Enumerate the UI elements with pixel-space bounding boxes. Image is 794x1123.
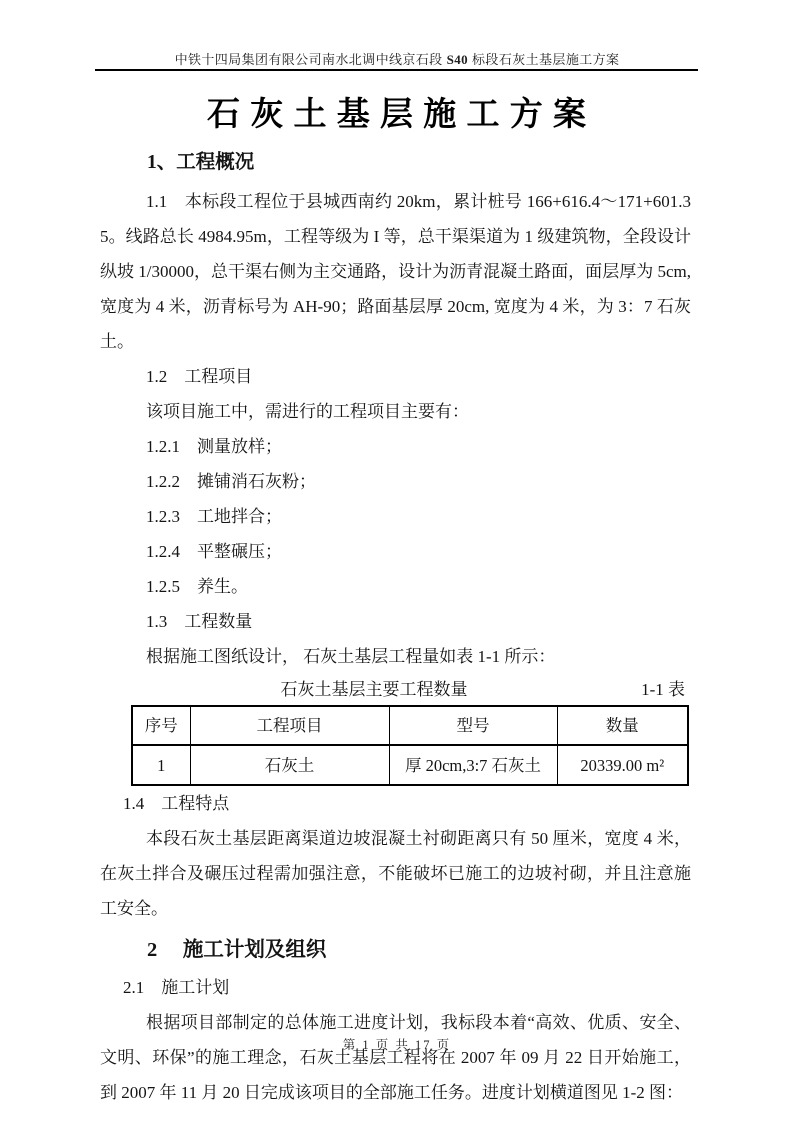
- table-caption: 石灰土基层主要工程数量: [131, 674, 687, 705]
- running-header: 中铁十四局集团有限公司南水北调中线京石段S40标段石灰土基层施工方案: [0, 49, 794, 68]
- list-item-1-2-4: 1.2.4 平整碾压；: [100, 534, 691, 569]
- table-header-row: 序号 工程项目 型号 数量: [132, 706, 688, 745]
- list-item-1-2-1: 1.2.1 测量放样；: [100, 429, 691, 464]
- column-header-quantity: 数量: [557, 706, 688, 745]
- section-2-heading: 2 施工计划及组织: [100, 930, 691, 970]
- document-body: 1、工程概况 1.1 本标段工程位于县城西南约 20km，累计桩号 166+61…: [100, 142, 691, 1110]
- paragraph-1-4-body: 本段石灰土基层距离渠道边坡混凝土衬砌距离只有 50 厘米，宽度 4 米，在灰土拌…: [100, 821, 691, 926]
- column-header-type: 型号: [389, 706, 557, 745]
- document-page: 中铁十四局集团有限公司南水北调中线京石段S40标段石灰土基层施工方案 石 灰 土…: [0, 0, 794, 1123]
- list-item-1-2-5: 1.2.5 养生。: [100, 569, 691, 604]
- paragraph-1-2-intro: 该项目施工中，需进行的工程项目主要有：: [100, 394, 691, 429]
- page-number-footer: 第 1 页 共 17 页: [0, 1035, 794, 1053]
- cell-type: 厚 20cm,3:7 石灰土: [389, 745, 557, 785]
- paragraph-2-1-body: 根据项目部制定的总体施工进度计划，我标段本着“高效、优质、安全、文明、环保”的施…: [100, 1005, 691, 1110]
- table-caption-row: 石灰土基层主要工程数量 1-1 表: [131, 674, 687, 705]
- running-header-suffix: 标段石灰土基层施工方案: [472, 52, 619, 67]
- cell-quantity: 20339.00 m²: [557, 745, 688, 785]
- list-item-1-2-2: 1.2.2 摊铺消石灰粉；: [100, 464, 691, 499]
- document-title: 石 灰 土 基 层 施 工 方 案: [0, 88, 794, 135]
- table-number-label: 1-1 表: [641, 674, 685, 705]
- header-divider-rule: [95, 69, 698, 71]
- table-row: 1 石灰土 厚 20cm,3:7 石灰土 20339.00 m²: [132, 745, 688, 785]
- paragraph-2-1-heading: 2.1 施工计划: [100, 970, 691, 1005]
- quantities-table: 序号 工程项目 型号 数量 1 石灰土 厚 20cm,3:7 石灰土 20339…: [131, 705, 689, 786]
- column-header-item: 工程项目: [190, 706, 389, 745]
- paragraph-1-2-heading: 1.2 工程项目: [100, 359, 691, 394]
- list-item-1-2-3: 1.2.3 工地拌合；: [100, 499, 691, 534]
- column-header-index: 序号: [132, 706, 190, 745]
- paragraph-1-3-heading: 1.3 工程数量: [100, 604, 691, 639]
- cell-index: 1: [132, 745, 190, 785]
- paragraph-1-3-intro: 根据施工图纸设计， 石灰土基层工程量如表 1-1 所示：: [100, 639, 691, 674]
- paragraph-1-1: 1.1 本标段工程位于县城西南约 20km，累计桩号 166+616.4～171…: [100, 184, 691, 359]
- running-header-prefix: 中铁十四局集团有限公司南水北调中线京石段: [175, 52, 443, 67]
- cell-item: 石灰土: [190, 745, 389, 785]
- section-1-heading: 1、工程概况: [100, 142, 691, 184]
- running-header-section-code: S40: [443, 52, 472, 67]
- paragraph-1-4-heading: 1.4 工程特点: [100, 786, 691, 821]
